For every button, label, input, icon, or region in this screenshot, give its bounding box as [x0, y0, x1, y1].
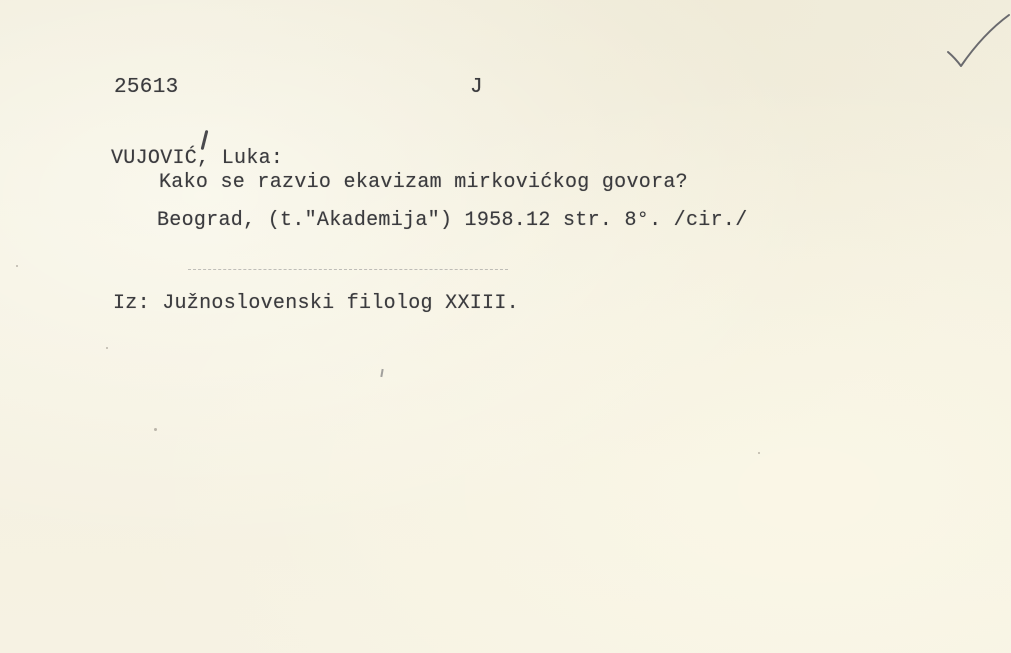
paper-speck: [16, 265, 18, 267]
paper-speck: [154, 428, 157, 431]
work-title: Kako se razvio ekavizam mirkovićkog govo…: [159, 171, 688, 194]
paper-speck: [758, 452, 760, 454]
dashed-separator: [188, 269, 508, 270]
catalog-card: 25613 J VUJOVIĆ, Luka: Kako se razvio ek…: [0, 0, 1011, 653]
author-heading: VUJOVIĆ, Luka:: [111, 147, 283, 170]
classification-letter: J: [470, 76, 483, 99]
source-note: Iz: Južnoslovenski filolog XXIII.: [113, 292, 519, 315]
checkmark-icon: [945, 12, 1011, 72]
stray-mark: [380, 369, 383, 377]
imprint-line: Beograd, (t."Akademija") 1958.12 str. 8°…: [157, 209, 748, 232]
paper-speck: [106, 347, 108, 349]
accession-number: 25613: [114, 76, 179, 99]
